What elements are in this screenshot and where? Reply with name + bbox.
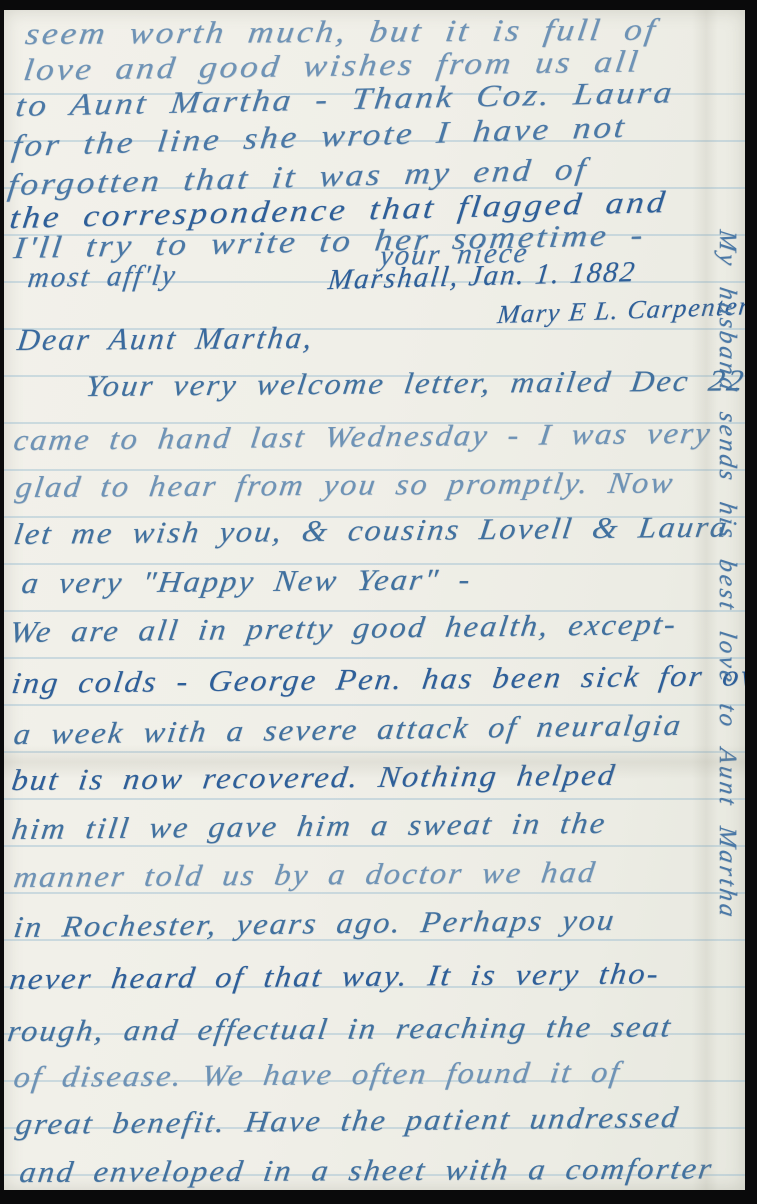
handwritten-line: manner told us by a doctor we had xyxy=(12,856,599,895)
handwritten-line: him till we gave him a sweat in the xyxy=(10,807,609,847)
handwritten-line: in Rochester, years ago. Perhaps you xyxy=(12,904,618,945)
closing-most-affly: most aff'ly xyxy=(26,259,179,295)
handwritten-line: Your very welcome letter, mailed Dec 22. xyxy=(84,364,745,404)
handwritten-line: great benefit. Have the patient undresse… xyxy=(14,1101,682,1142)
handwritten-line: came to hand last Wednesday - I was very xyxy=(12,417,714,458)
handwritten-line: of disease. We have often found it of xyxy=(12,1056,624,1095)
handwritten-line: and enveloped in a sheet with a comforte… xyxy=(17,1152,715,1190)
handwritten-line: ing colds - George Pen. has been sick fo… xyxy=(10,659,745,701)
signature: Mary E L. Carpenter xyxy=(496,291,745,330)
handwritten-line: glad to hear from you so promptly. Now xyxy=(13,466,676,505)
handwritten-line: but is now recovered. Nothing helped xyxy=(10,759,619,798)
handwritten-line: a week with a severe attack of neuralgia xyxy=(12,709,685,752)
handwritten-line: never heard of that way. It is very tho- xyxy=(8,957,663,997)
margin-note-vertical: My husband sends his best love to Aunt M… xyxy=(713,228,741,921)
dateline: Marshall, Jan. 1. 1882 xyxy=(326,256,638,297)
handwritten-line: a very "Happy New Year" - xyxy=(20,563,474,601)
handwritten-line: We are all in pretty good health, except… xyxy=(8,608,680,650)
scanned-letter-image: { "document": { "kind": "handwritten-let… xyxy=(0,0,757,1204)
salutation: Dear Aunt Martha, xyxy=(15,320,316,358)
handwritten-line: rough, and effectual in reaching the sea… xyxy=(5,1010,674,1049)
handwritten-line: let me wish you, & cousins Lovell & Laur… xyxy=(12,511,731,553)
letter-paper: seem worth much, but it is full of love … xyxy=(4,10,745,1190)
